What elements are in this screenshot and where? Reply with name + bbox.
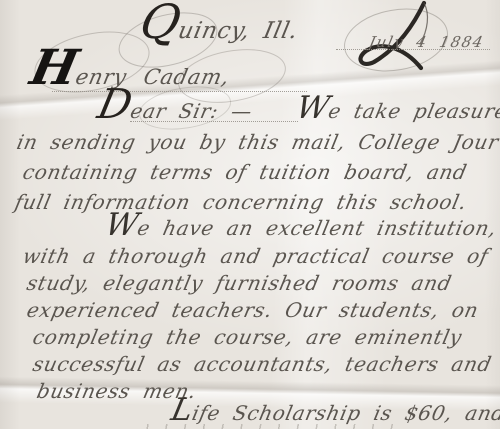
body-line-6: with a thorough and practical course of [20, 241, 492, 271]
body-line-2: in sending you by this mail, College Jou… [14, 127, 500, 157]
letter-paper: Quincy, Ill. July 4 1884 Henry Cadam, De… [0, 0, 500, 429]
body-line-3: containing terms of tuition board, and [20, 157, 470, 187]
dotted-rule-salutation [130, 121, 298, 122]
body-line-5: We have an excellent institution, [102, 213, 500, 243]
body-line-7: study, elegantly furnished rooms and [24, 268, 455, 298]
partial-next-line-strokes [130, 424, 400, 429]
dotted-rule-date [336, 49, 490, 50]
body-line-10: successful as accountants, teachers and [30, 349, 495, 379]
body-line-8: experienced teachers. Our students, on [24, 295, 482, 325]
dotted-rule-recipient [52, 91, 307, 92]
dateline-place: Quincy, Ill. [136, 16, 301, 46]
body-line-1: We take pleasure [293, 96, 500, 126]
dateline-date: July 4 1884 [366, 27, 487, 57]
body-line-9: completing the course, are eminently [30, 322, 465, 352]
